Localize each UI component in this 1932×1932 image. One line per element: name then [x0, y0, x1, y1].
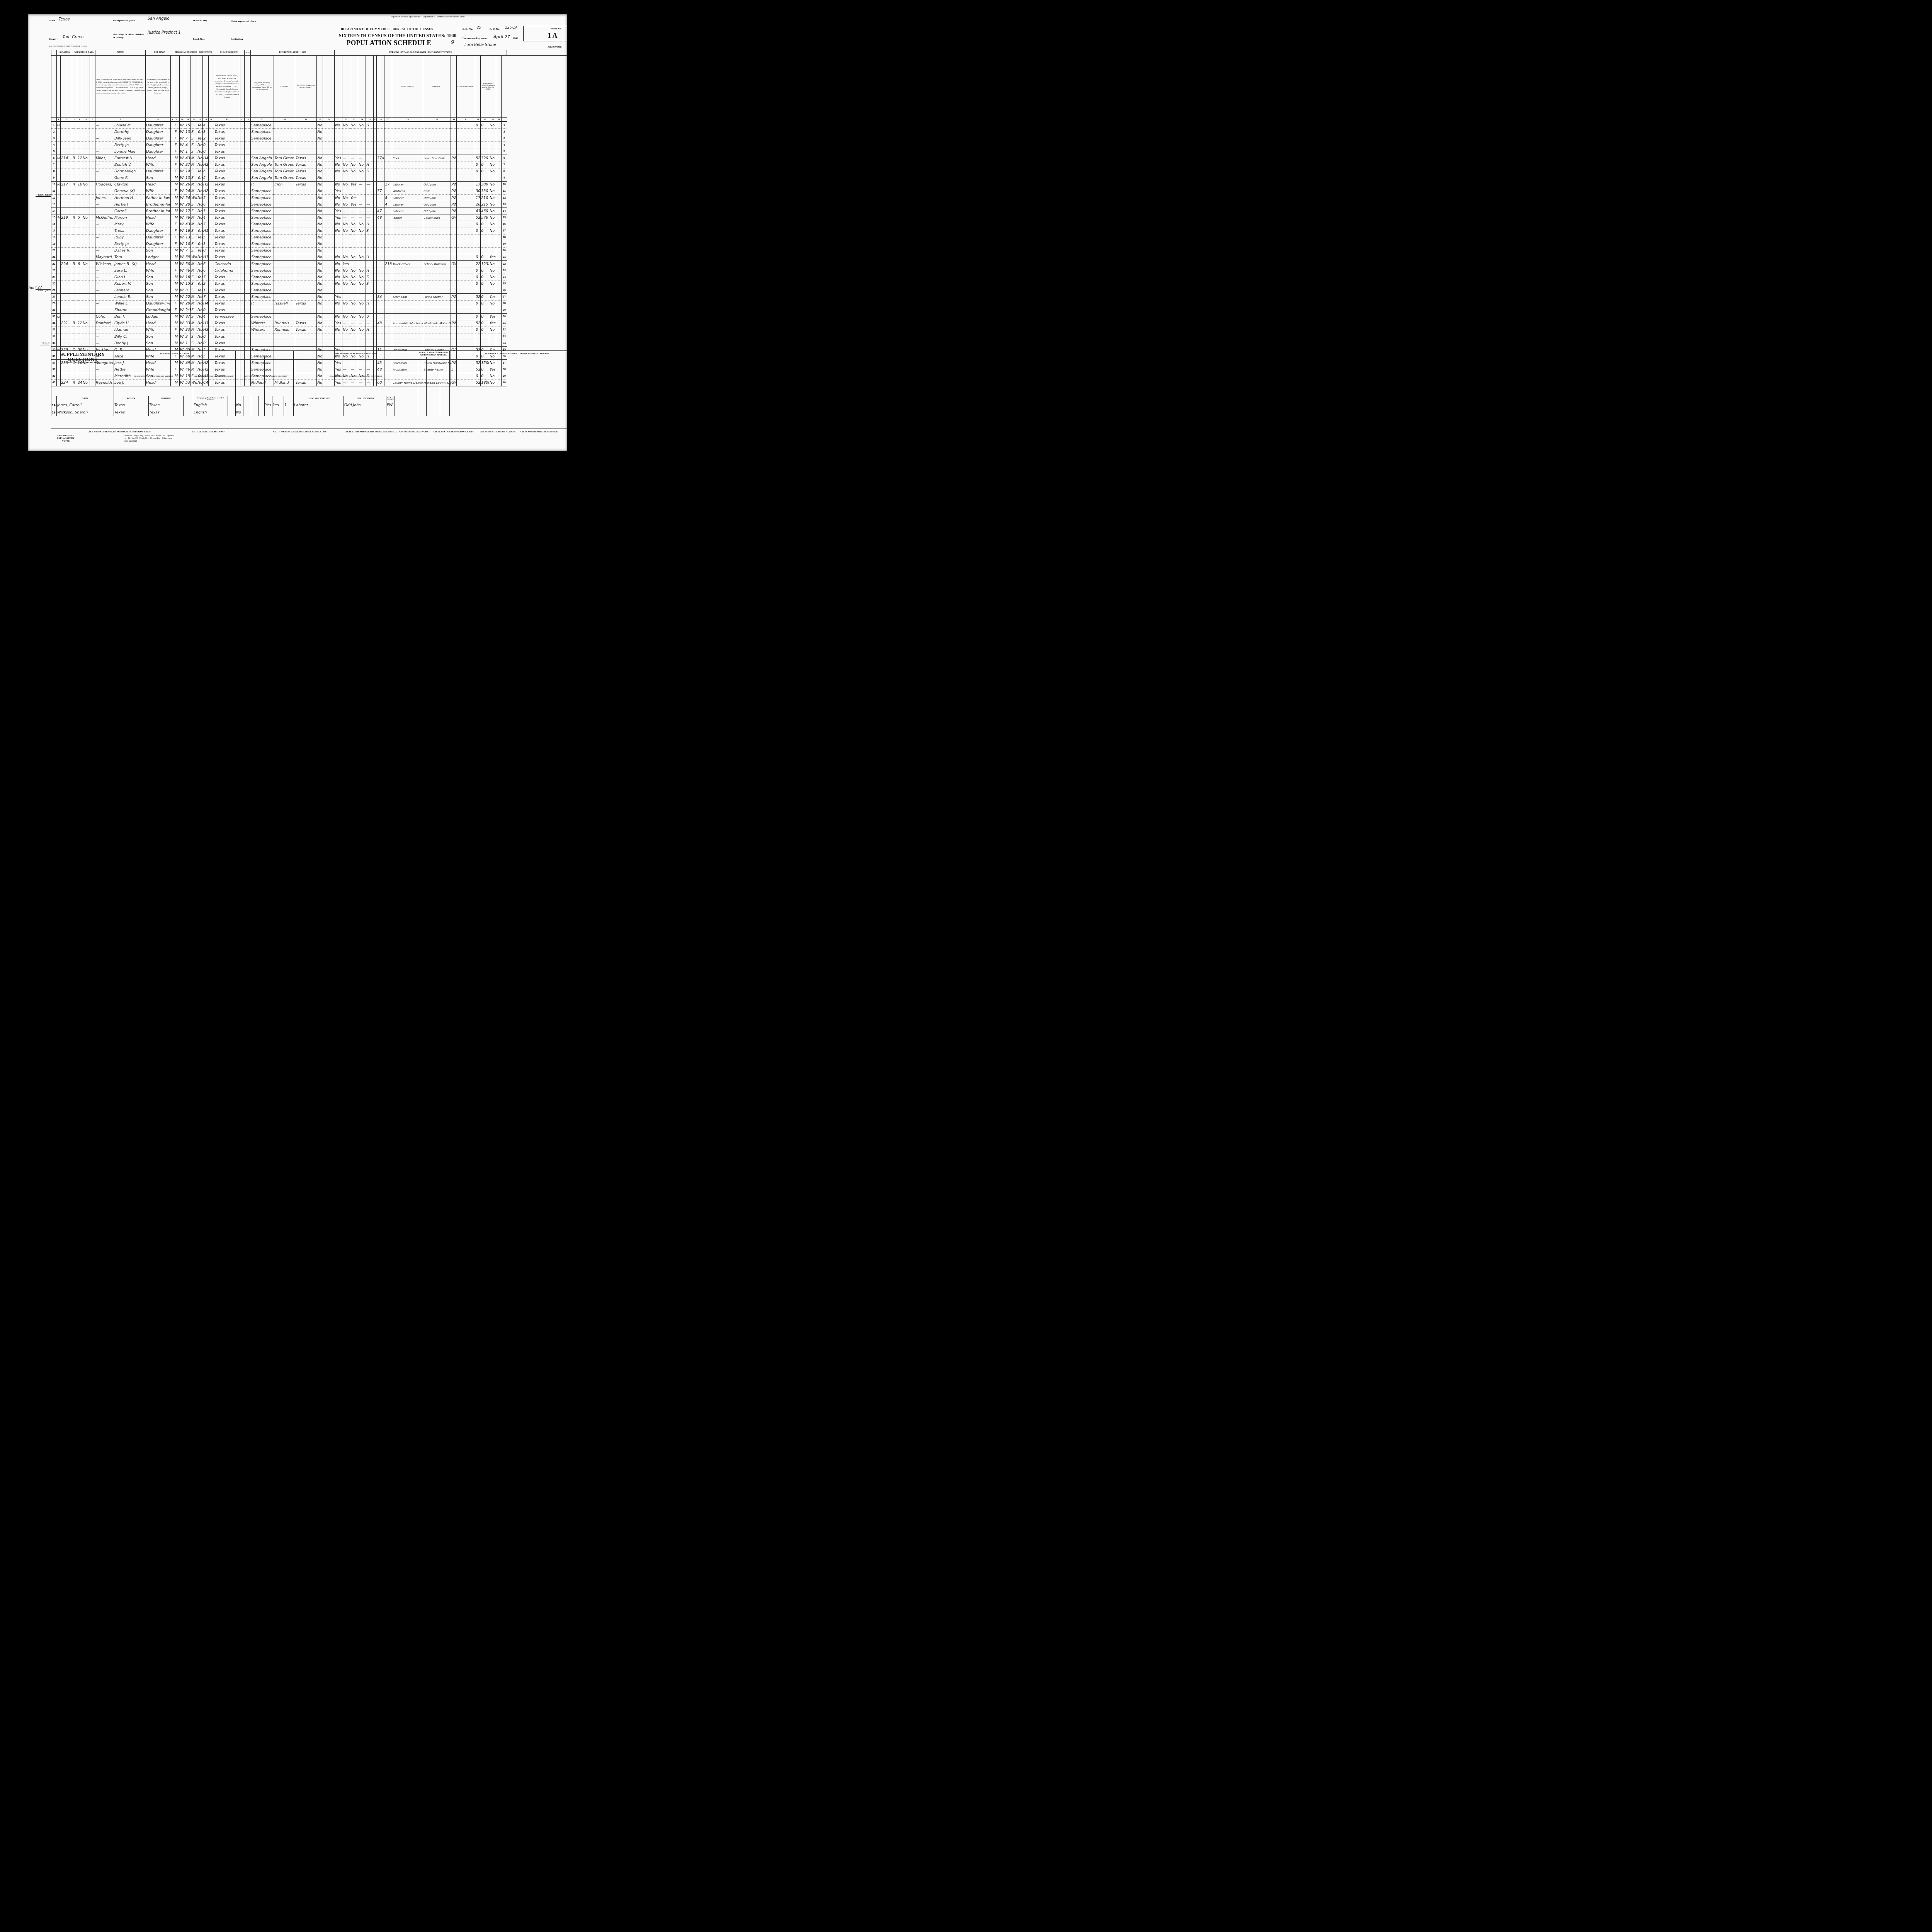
supp-cell-usual_occ: [294, 409, 344, 416]
cell-w31: 52: [475, 214, 481, 221]
line-number: 13: [502, 201, 507, 208]
cell-grade: 7: [203, 221, 209, 228]
township-label: Township or other division of county: [113, 33, 146, 39]
line-number: 1: [502, 122, 507, 129]
cell-blank: [171, 267, 174, 274]
cell-c24: [358, 247, 366, 254]
cell-birth: Texas: [214, 333, 240, 340]
cell-school: No: [197, 260, 203, 267]
cell-ind: Odd Jobs: [423, 208, 451, 214]
cell-blank: [374, 333, 377, 340]
cell-blank: [240, 135, 245, 142]
cell-relation: Son: [146, 287, 171, 294]
cell-house: [61, 129, 72, 135]
cell-r18: [274, 234, 295, 241]
cell-blank: [240, 122, 245, 129]
cell-blank: [90, 254, 95, 260]
cell-school: Yes: [197, 234, 203, 241]
cell-c21: No: [335, 201, 342, 208]
cell-c22: [342, 175, 350, 181]
cell-c27: [384, 320, 392, 327]
cell-blank: [374, 320, 377, 327]
cell-birth: Texas: [214, 162, 240, 168]
cell-w32: [481, 241, 489, 247]
cell-blank: [245, 333, 251, 340]
table-row: 32—IdamaeWifeFW33MNoH3TexasWintersRunnel…: [51, 327, 568, 333]
cell-c26: [377, 228, 384, 234]
cell-c23: No: [350, 313, 358, 320]
given-name: Ben F.: [114, 315, 126, 319]
cell-marital: M: [191, 188, 197, 194]
line-number: 3: [51, 135, 57, 142]
cell-own: [72, 221, 77, 228]
cell-own: [72, 300, 77, 307]
cell-w31: [475, 234, 481, 241]
cell-c22: No: [342, 122, 350, 129]
cell-cls: PW: [451, 201, 457, 208]
cell-farm: [82, 122, 90, 129]
cell-r18: [274, 267, 295, 274]
cell-c24: No: [358, 122, 366, 129]
cell-farm: [82, 247, 90, 254]
cell-occ: Laborer: [392, 201, 423, 208]
cell-cls: [451, 300, 457, 307]
cell-r19: [295, 247, 317, 254]
supp-cell-line: 29: [51, 409, 57, 416]
cell-blank: [245, 254, 251, 260]
cell-blank: [171, 214, 174, 221]
given-name: James R. (X): [114, 262, 137, 266]
cell-sex: M: [174, 260, 180, 267]
cell-blank: [245, 260, 251, 267]
cell-blank: [457, 234, 475, 241]
cell-value: [77, 201, 82, 208]
cell-c26: 48: [377, 320, 384, 327]
person-name: —Carroll: [95, 208, 146, 214]
cell-grade: H1: [203, 254, 209, 260]
cell-blank: [240, 267, 245, 274]
cell-sex: F: [174, 168, 180, 175]
cell-school: No: [197, 333, 203, 340]
cell-age: 26: [185, 181, 191, 188]
cell-street: [57, 234, 61, 241]
cell-blank: [209, 135, 214, 142]
cell-relation: Wife: [146, 162, 171, 168]
cell-value: [77, 221, 82, 228]
cell-blank: [457, 135, 475, 142]
name-instructions: Name of each person whose usual place of…: [95, 56, 146, 118]
cell-c22: [342, 340, 350, 347]
cell-c21: No: [335, 274, 342, 281]
cell-birth: Texas: [214, 214, 240, 221]
cell-relation: Daughter: [146, 168, 171, 175]
cell-street: [57, 201, 61, 208]
cell-marital: S: [191, 135, 197, 142]
surname: Jones,: [96, 196, 114, 200]
cell-cls: [451, 228, 457, 234]
cell-r17: Sameplace: [251, 214, 274, 221]
table-row: 18—RubyDaughterFW13SYes5TexasSameplaceNo…: [51, 234, 568, 241]
cell-r20: No: [317, 155, 323, 162]
cell-blank: [323, 129, 335, 135]
surname: —: [96, 269, 114, 273]
given-name: Billy Jean: [114, 136, 131, 141]
cell-w33: [489, 241, 496, 247]
surname: McGuffie,: [96, 216, 114, 220]
cell-r17: R: [251, 181, 274, 188]
cell-blank: [171, 228, 174, 234]
cell-c26: [377, 195, 384, 201]
cell-w33: No: [489, 267, 496, 274]
relation-instructions: Relationship of this person to the head …: [146, 56, 171, 118]
supp-cell-blank: [243, 401, 251, 409]
cell-c26: [377, 221, 384, 228]
cell-blank: [90, 181, 95, 188]
cell-birth: Oklahoma: [214, 267, 240, 274]
cell-blank: [374, 254, 377, 260]
cell-school: No: [197, 327, 203, 333]
cell-r19: [295, 129, 317, 135]
cell-blank: [457, 168, 475, 175]
cell-relation: Head: [146, 155, 171, 162]
cell-ind: Odd Jobs: [423, 181, 451, 188]
cell-blank: [374, 307, 377, 313]
cell-farm: [82, 287, 90, 294]
cell-blank: [209, 320, 214, 327]
cell-race: W: [180, 122, 185, 129]
cell-farm: [82, 254, 90, 260]
cell-blank: [457, 274, 475, 281]
cell-c24: —: [358, 214, 366, 221]
cell-own: [72, 287, 77, 294]
cell-c21: No: [335, 228, 342, 234]
cell-house: [61, 208, 72, 214]
cell-w31: [475, 340, 481, 347]
cell-r19: [295, 214, 317, 221]
cell-own: [72, 267, 77, 274]
cell-own: [72, 129, 77, 135]
block-label: Block Nos.: [193, 37, 205, 41]
cell-grade: 6: [203, 201, 209, 208]
cell-c21: [335, 340, 342, 347]
cell-occ: Laborer: [392, 181, 423, 188]
cell-blank: [245, 195, 251, 201]
cell-blank: [245, 148, 251, 155]
supp-row: 14Jones, CarrollTexasTexasEnglishNoYesYe…: [51, 401, 585, 409]
cell-blank: [171, 241, 174, 247]
cell-blank: [323, 300, 335, 307]
cell-value: [77, 247, 82, 254]
cell-grade: 3: [203, 129, 209, 135]
cell-c21: Yes: [335, 188, 342, 194]
cell-blank: [245, 340, 251, 347]
cell-w32: [481, 333, 489, 340]
table-row: 10Mission217R10NoHodgers,ClaytonHeadMW26…: [51, 181, 568, 188]
supplementary-table: SUPPLEMENTARY QUESTIONS For Persons Enum…: [51, 351, 585, 416]
cell-r17: [251, 142, 274, 148]
cell-ind: [423, 254, 451, 260]
cell-cls: [451, 247, 457, 254]
cell-farm: No: [82, 155, 90, 162]
cell-blank: [323, 307, 335, 313]
person-name: —Betty Jo: [95, 142, 146, 148]
cell-farm: [82, 148, 90, 155]
cell-value: 5: [77, 214, 82, 221]
cell-c22: [342, 307, 350, 313]
cell-own: [72, 122, 77, 129]
schedule-mark: 9: [451, 39, 454, 46]
cell-w31: 22: [475, 260, 481, 267]
cell-r17: Sameplace: [251, 274, 274, 281]
cell-c25: —: [366, 320, 374, 327]
line-number: 32: [502, 327, 507, 333]
supp-hdr-parents: PLACE OF BIRTH OF FATHER AND MOTHER: [114, 357, 193, 396]
cell-age: 22: [185, 294, 191, 300]
cell-c22: [342, 234, 350, 241]
cell-ind: [423, 241, 451, 247]
cell-own: [72, 168, 77, 175]
cell-blank: [171, 327, 174, 333]
cell-race: W: [180, 162, 185, 168]
cell-blank: [90, 208, 95, 214]
cell-marital: S: [191, 287, 197, 294]
cell-own: [72, 201, 77, 208]
cell-race: W: [180, 333, 185, 340]
cell-street: Mission: [57, 181, 61, 188]
supp-cell-blank: [395, 401, 418, 409]
cell-grade: 2: [203, 281, 209, 287]
cell-w31: 52: [475, 155, 481, 162]
cell-c21: No: [335, 168, 342, 175]
cell-birth: Texas: [214, 122, 240, 129]
cell-value: [77, 129, 82, 135]
cell-w32: 1232: [481, 260, 489, 267]
cell-w33: Yes: [489, 320, 496, 327]
cell-value: [77, 208, 82, 214]
cell-c27: [384, 208, 392, 214]
cell-blank: [496, 214, 502, 221]
cell-c25: —: [366, 214, 374, 221]
given-name: Clyde H.: [114, 321, 130, 325]
supplementary-section: SUPPLEMENTARY QUESTIONS For Persons Enum…: [51, 350, 567, 429]
cell-ind: [423, 300, 451, 307]
cell-school: No: [197, 254, 203, 260]
cell-c26: [377, 260, 384, 267]
cell-marital: S: [191, 175, 197, 181]
cell-w32: 215: [481, 201, 489, 208]
cell-blank: [240, 208, 245, 214]
cell-blank: [245, 294, 251, 300]
cell-sex: M: [174, 195, 180, 201]
line-number: 11: [51, 188, 57, 194]
cell-blank: [496, 281, 502, 287]
cell-w32: 0: [481, 294, 489, 300]
cell-race: W: [180, 287, 185, 294]
cell-blank: [374, 281, 377, 287]
cell-grade: 1: [203, 287, 209, 294]
cell-r17: Sameplace: [251, 201, 274, 208]
cell-relation: Wife: [146, 267, 171, 274]
cell-w31: 0: [475, 267, 481, 274]
cell-c27: 218: [384, 260, 392, 267]
person-name: Danford,Clyde H.: [95, 320, 146, 327]
cell-sex: M: [174, 320, 180, 327]
supp-hdr-veterans: VETERANS: [236, 357, 265, 396]
cell-blank: [240, 181, 245, 188]
note-col22: Col. 22. DID THIS PERSON HAVE A JOB?: [434, 431, 474, 434]
cell-w32: 0: [481, 281, 489, 287]
cell-blank: [496, 168, 502, 175]
cell-blank: [90, 168, 95, 175]
cell-c24: [358, 148, 366, 155]
cell-age: 1: [185, 340, 191, 347]
cell-w33: No: [489, 181, 496, 188]
cell-r17: [251, 333, 274, 340]
cell-c26: 77/65: [377, 155, 384, 162]
cell-r17: Sameplace: [251, 234, 274, 241]
cell-c25: S: [366, 228, 374, 234]
cell-cls: GW: [451, 214, 457, 221]
cell-c25: [366, 340, 374, 347]
cell-birth: Texas: [214, 135, 240, 142]
cell-blank: [245, 135, 251, 142]
supp-col-class: Usual class of worker: [386, 396, 395, 401]
cell-w31: [475, 333, 481, 340]
enumerator-name: Lora Belle Stone: [464, 43, 496, 47]
cell-race: W: [180, 281, 185, 287]
cell-blank: [323, 195, 335, 201]
hdr-name: NAME: [95, 50, 146, 56]
line-number: 18: [51, 234, 57, 241]
cell-w33: No: [489, 162, 496, 168]
cell-r17: Sameplace: [251, 313, 274, 320]
cell-blank: [374, 340, 377, 347]
cell-r19: Texas: [295, 320, 317, 327]
cell-own: [72, 254, 77, 260]
cell-blank: [245, 201, 251, 208]
line-number: 2: [502, 129, 507, 135]
cell-grade: 7: [203, 294, 209, 300]
supp-cell-blank: [427, 409, 440, 416]
cell-w33: [489, 135, 496, 142]
cell-c23: —: [350, 155, 358, 162]
line-number: 12: [51, 195, 57, 201]
cell-c23: —: [350, 208, 358, 214]
cell-own: [72, 148, 77, 155]
cell-c23: No: [350, 221, 358, 228]
hdr-residence: RESIDENCE, APRIL 1, 1935: [251, 50, 335, 56]
cell-occ: Laborer: [392, 208, 423, 214]
township-value: Justice Precinct 1: [148, 31, 181, 35]
cell-blank: [90, 201, 95, 208]
cell-r20: No: [317, 175, 323, 181]
line-number: 33: [502, 333, 507, 340]
cell-blank: [240, 241, 245, 247]
cell-blank: [496, 129, 502, 135]
cell-age: 16: [185, 228, 191, 234]
cell-blank: [240, 320, 245, 327]
cell-c25: [366, 234, 374, 241]
supp-subheader-row: PLACE OF BIRTH OF FATHER AND MOTHER MOTH…: [51, 357, 585, 396]
supp-hdr-office: FOR OFFICE USE ONLY—DO NOT WRITE IN THES…: [450, 351, 585, 357]
cell-c21: No: [335, 267, 342, 274]
cell-w31: 0: [475, 221, 481, 228]
cell-sex: M: [174, 313, 180, 320]
cell-cls: [451, 313, 457, 320]
cell-blank: [209, 181, 214, 188]
cell-occ: Cook: [392, 155, 423, 162]
cell-w33: No: [489, 327, 496, 333]
enumerated-year: 1940: [513, 37, 518, 40]
cell-grade: 5: [203, 208, 209, 214]
cell-age: 50: [185, 260, 191, 267]
cell-street: [57, 281, 61, 287]
cell-c27: [384, 168, 392, 175]
cell-own: R: [72, 320, 77, 327]
cell-relation: Lodger: [146, 254, 171, 260]
hdr-personal: PERSONAL DESCRIPTION: [174, 50, 197, 56]
cell-cls: PW: [451, 195, 457, 201]
cell-blank: [209, 340, 214, 347]
cell-w33: Yes: [489, 254, 496, 260]
cell-blank: [457, 247, 475, 254]
cell-grade: 3: [203, 241, 209, 247]
cell-relation: Son: [146, 294, 171, 300]
cell-race: W: [180, 129, 185, 135]
line-number: 12: [502, 195, 507, 201]
cell-r18: [274, 274, 295, 281]
cell-blank: [209, 307, 214, 313]
cell-blank: [457, 294, 475, 300]
cell-c25: H: [366, 221, 374, 228]
cell-c27: [384, 247, 392, 254]
cell-farm: [82, 313, 90, 320]
cell-race: W: [180, 260, 185, 267]
given-name: Carroll: [114, 209, 126, 213]
cell-blank: [457, 142, 475, 148]
enumerator-label: Enumerator.: [548, 45, 562, 48]
person-name: Jones,Hermon H.: [95, 195, 146, 201]
cell-r18: [274, 208, 295, 214]
cell-c27: [384, 175, 392, 181]
cell-farm: [82, 142, 90, 148]
cell-c27: 17: [384, 181, 392, 188]
cell-farm: No: [82, 181, 90, 188]
cell-c23: [350, 241, 358, 247]
cell-r17: [251, 307, 274, 313]
supp-quest-marker-14: SUPPL. QUEST.: [36, 194, 51, 197]
cell-r17: Sameplace: [251, 241, 274, 247]
cell-blank: [374, 221, 377, 228]
cell-street: [57, 254, 61, 260]
cell-own: [72, 281, 77, 287]
line-number: 14: [51, 208, 57, 214]
cell-blank: [457, 195, 475, 201]
cell-blank: [374, 260, 377, 267]
cell-c24: [358, 340, 366, 347]
cell-c22: —: [342, 188, 350, 194]
cell-c25: [366, 333, 374, 340]
cell-blank: [90, 188, 95, 194]
cell-occ: Truck Driver: [392, 260, 423, 267]
cell-school: Yes: [197, 274, 203, 281]
cell-w33: No: [489, 155, 496, 162]
cell-blank: [90, 142, 95, 148]
cell-w32: [481, 307, 489, 313]
cell-r19: Texas: [295, 155, 317, 162]
cell-w31: [475, 175, 481, 181]
cell-c27: [384, 122, 392, 129]
